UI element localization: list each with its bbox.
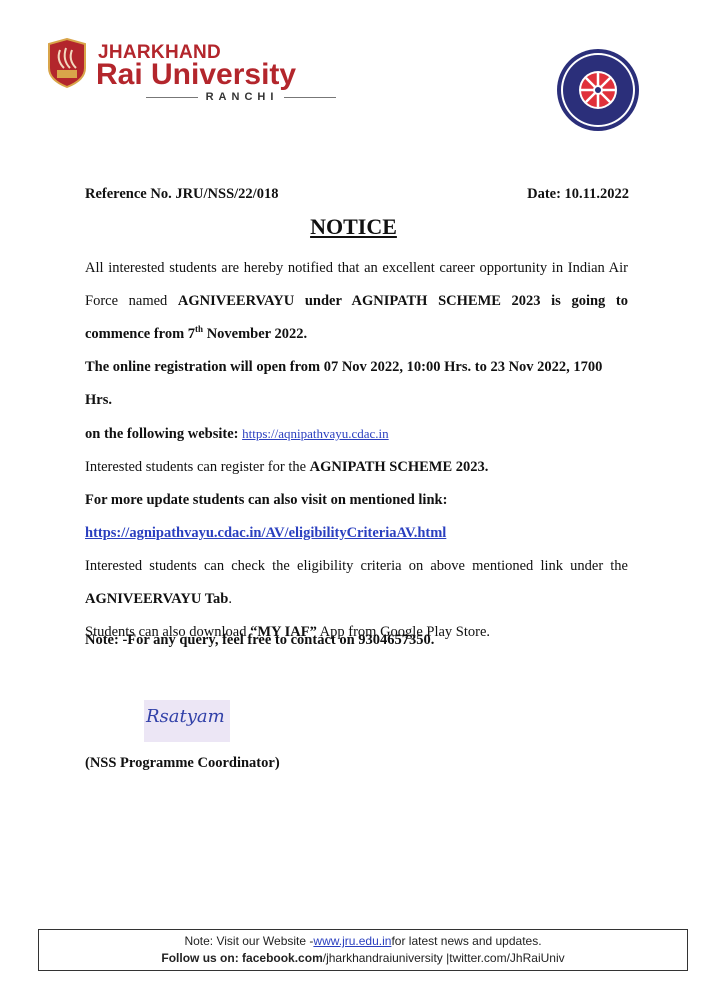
website-link[interactable]: www.jru.edu.in: [313, 934, 391, 948]
footer-social-plain: /jharkhandraiuniversity |twitter.com/JhR…: [323, 951, 565, 965]
para5-plain: .: [228, 591, 232, 607]
nss-logo-icon: [555, 42, 641, 142]
divider: [284, 97, 336, 98]
para4: For more update students can also visit …: [85, 484, 628, 517]
para1-line2-plain: Force named: [85, 293, 178, 309]
university-logo: JHARKHAND Rai University RANCHI: [46, 38, 346, 104]
website-label: on the following website:: [85, 426, 242, 442]
registration-website-link[interactable]: https://aqnipathvayu.cdac.in: [242, 426, 389, 441]
notice-date: Date: 10.11.2022: [527, 186, 629, 203]
reference-row: Reference No. JRU/NSS/22/018 Date: 10.11…: [85, 186, 629, 203]
para1-line3-b: November 2022.: [203, 326, 307, 342]
shield-emblem-icon: [46, 38, 88, 88]
registration-dates: The online registration will open from 0…: [85, 359, 602, 408]
eligibility-link-row: https://agnipathvayu.cdac.in/AV/eligibil…: [85, 517, 628, 550]
university-name: Rai University: [96, 58, 296, 92]
para1-line2: Force named AGNIVEERVAYU under AGNIPATH …: [85, 285, 628, 318]
para1-line1: All interested students are hereby notif…: [85, 252, 628, 285]
para2-line1: The online registration will open from 0…: [85, 351, 628, 417]
footer-line1-a: Note: Visit our Website -: [184, 934, 313, 948]
signature: Rsatyam: [146, 706, 225, 727]
notice-title: NOTICE: [0, 214, 707, 240]
footer-line1: Note: Visit our Website -www.jru.edu.inf…: [39, 933, 687, 950]
para4-text: For more update students can also visit …: [85, 492, 447, 508]
contact-note: Note: -For any query, feel free to conta…: [85, 632, 434, 649]
para5-line1: Interested students can check the eligib…: [85, 550, 628, 583]
para5-bold: AGNIVEERVAYU Tab: [85, 591, 228, 607]
para1-line3-a: commence from 7: [85, 326, 195, 342]
para3-bold: AGNIPATH SCHEME 2023.: [310, 459, 489, 475]
para1-sup: th: [195, 324, 203, 334]
reference-number: Reference No. JRU/NSS/22/018: [85, 186, 278, 203]
signature-image: Rsatyam: [144, 700, 230, 742]
footer-social-bold: Follow us on: facebook.com: [161, 951, 322, 965]
para5-line2: AGNIVEERVAYU Tab.: [85, 583, 628, 616]
footer-line1-b: for latest news and updates.: [391, 934, 541, 948]
para1-line3: commence from 7th November 2022.: [85, 318, 628, 351]
para3-plain: Interested students can register for the: [85, 459, 310, 475]
para1-line2-bold: AGNIVEERVAYU under AGNIPATH SCHEME 2023 …: [178, 293, 628, 309]
footer-line2: Follow us on: facebook.com/jharkhandraiu…: [39, 950, 687, 967]
university-city-row: RANCHI: [146, 90, 336, 104]
university-city: RANCHI: [198, 91, 285, 103]
signatory-title: (NSS Programme Coordinator): [85, 755, 280, 772]
para3: Interested students can register for the…: [85, 451, 628, 484]
footer-box: Note: Visit our Website -www.jru.edu.inf…: [38, 929, 688, 971]
notice-body: All interested students are hereby notif…: [85, 252, 628, 649]
divider: [146, 97, 198, 98]
para2-line2: on the following website: https://aqnipa…: [85, 417, 628, 451]
eligibility-criteria-link[interactable]: https://agnipathvayu.cdac.in/AV/eligibil…: [85, 525, 446, 541]
